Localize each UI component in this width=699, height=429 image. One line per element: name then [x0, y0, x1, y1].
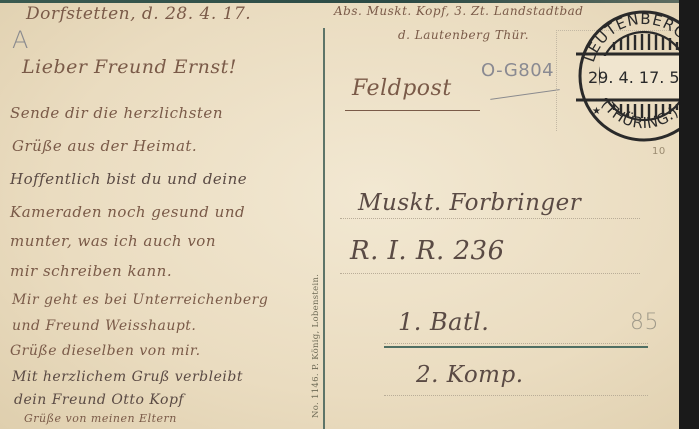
pencil-mark-a: A [12, 26, 29, 54]
center-divider-line [323, 28, 325, 429]
sender-line-2: d. Lautenberg Thür. [398, 28, 529, 42]
pencil-code-underline [490, 89, 559, 100]
message-line: mir schreiben kann. [10, 262, 172, 280]
message-line: Grüße dieselben von mir. [10, 343, 201, 359]
pencil-number-right: 85 [630, 310, 659, 335]
pencil-code: O-G804 [481, 60, 554, 81]
message-line: munter, was ich auch von [10, 232, 216, 250]
place-date: Dorfstetten, d. 28. 4. 17. [26, 4, 251, 24]
message-line: Sende dir die herzlichsten [10, 104, 223, 122]
scan-background-edge [679, 0, 699, 429]
sender-line-1: Abs. Muskt. Kopf, 3. Zt. Landstadtbad [334, 4, 583, 18]
feldpost-underline [345, 110, 480, 111]
message-line: Kameraden noch gesund und [10, 203, 245, 221]
card-top-edge [0, 0, 679, 3]
feldpost-label: Feldpost [352, 76, 452, 101]
message-line: Hoffentlich bist du und deine [10, 170, 247, 188]
address-line-2: R. I. R. 236 [350, 236, 505, 266]
address-line-1: Muskt. Forbringer [358, 190, 581, 216]
address-dotted-rule [340, 273, 640, 274]
message-line: Grüße von meinen Eltern [24, 412, 177, 425]
signature-line: dein Freund Otto Kopf [14, 392, 184, 408]
publisher-imprint: No. 1146. P. König, Lobenstein. [311, 274, 321, 418]
postmark-star-icon: ★ [592, 106, 601, 117]
postmark-date: 29. 4. 17. 5-6 [588, 68, 679, 87]
salutation: Lieber Freund Ernst! [22, 56, 237, 78]
message-line: Mit herzlichem Gruß verbleibt [12, 369, 243, 385]
address-line-4: 2. Komp. [416, 362, 524, 388]
pencil-small-number: 10 [652, 146, 666, 157]
address-dotted-rule [384, 343, 648, 344]
address-dotted-rule [340, 218, 640, 219]
address-line-3: 1. Batl. [398, 308, 489, 336]
message-line: Mir geht es bei Unterreichenberg [12, 292, 268, 308]
message-line: Grüße aus der Heimat. [12, 137, 197, 155]
postcard: Dorfstetten, d. 28. 4. 17. A Lieber Freu… [0, 0, 679, 429]
postmark-stamp: LEUTENBERG (THÜRING.) 29. 4. 17. 5-6 ★ [574, 6, 679, 144]
address-dotted-rule [384, 395, 648, 396]
message-line: und Freund Weisshaupt. [12, 318, 196, 334]
address-solid-rule [384, 346, 648, 348]
